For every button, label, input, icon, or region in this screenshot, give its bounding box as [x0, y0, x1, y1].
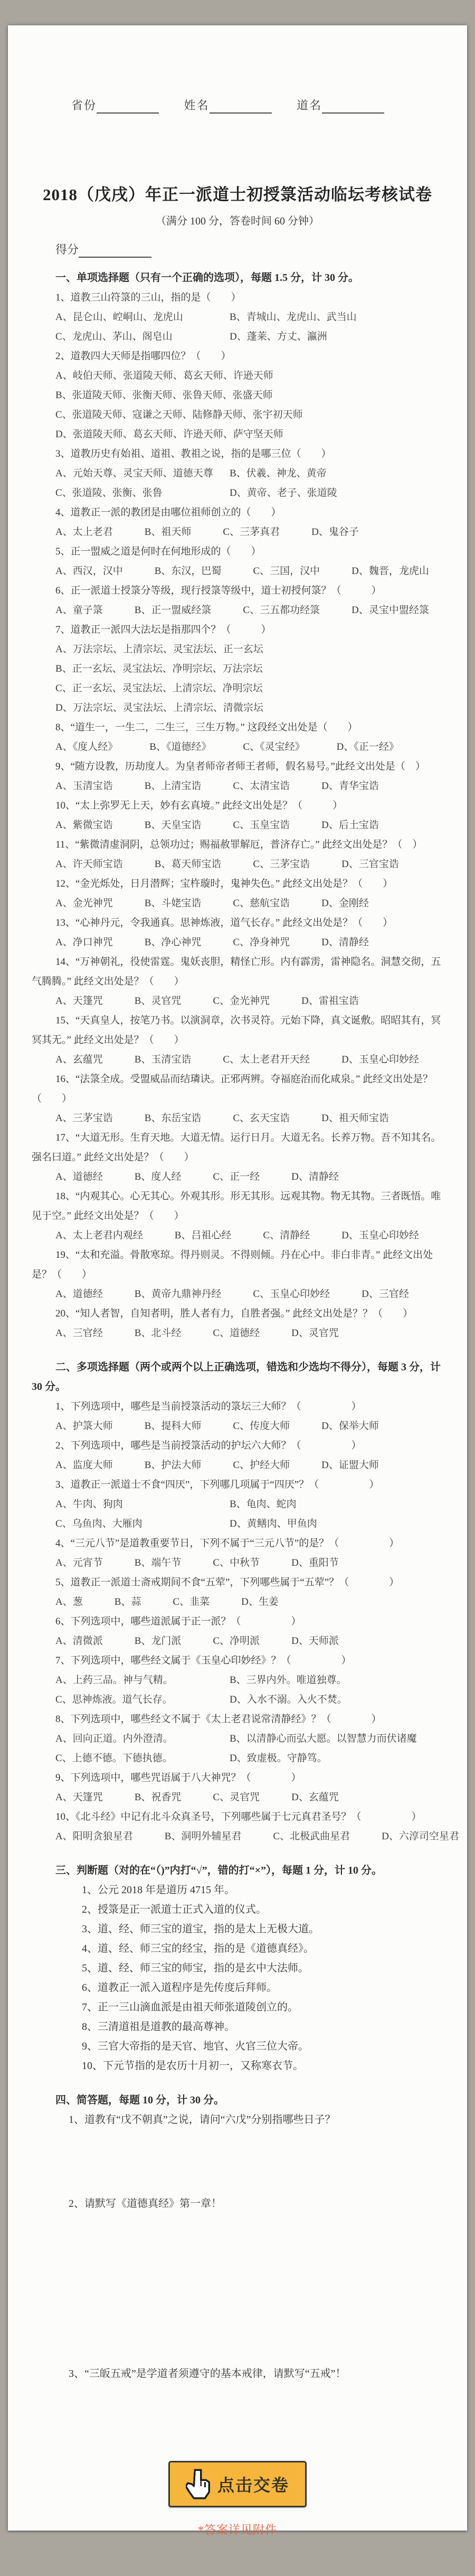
- option: A、童子箓: [55, 600, 103, 620]
- question-stem: 1、下列选项中，哪些是当前授箓活动的箓坛三大师？（ ）: [32, 1397, 443, 1416]
- option: D、《正一经》: [337, 737, 399, 757]
- question: 1、道教三山符箓的三山，指的是（ ）A、昆仑山、崆峒山、龙虎山B、青城山、龙虎山…: [32, 288, 443, 346]
- option: D、入水不溺。入火不焚。: [230, 1690, 347, 1709]
- question-stem: 5、道、经、师三宝的师宝，指的是玄中大法师。: [32, 1959, 443, 1978]
- option: C、上德不德。下德执德。: [55, 1748, 230, 1768]
- question: 18、“内观其心。心无其心。外观其形。形无其形。远观其物。物无其物。三者既悟。唯…: [32, 1187, 443, 1245]
- option: D、证盟大师: [321, 1455, 379, 1475]
- option: D、蓬莱、方丈、瀛洲: [230, 327, 327, 346]
- question: 8、下列选项中，哪些经文不属于《太上老君说常清静经》？（ ）A、回向正道。内外澄…: [32, 1709, 443, 1768]
- option: C、三五都功经箓: [243, 600, 320, 620]
- option-line: A、玉清宝诰B、上清宝诰C、太清宝诰D、青华宝诰: [32, 776, 443, 796]
- option: C、张道陵、张衡、张鲁: [55, 483, 230, 503]
- option: B、吕祖心经: [175, 1226, 232, 1245]
- score-label: 得分: [55, 243, 79, 256]
- section-heading: 二、多项选择题（两个或两个以上正确选项，错选和少选均不得分），每题 3 分，计 …: [32, 1358, 443, 1397]
- question-stem: 8、三清道祖是道教的最高尊神。: [32, 2017, 443, 2037]
- blank-underline: [79, 245, 151, 258]
- option: D、后土宝诰: [321, 815, 379, 835]
- question: 4、道教正一派的教团是由哪位祖师创立的（ ）A、太上老君B、祖天师C、三茅真君D…: [32, 503, 443, 542]
- option-line: A、道德经B、度人经C、正一经D、清静经: [32, 1167, 443, 1187]
- option: D、青华宝诰: [321, 776, 379, 796]
- question-stem: 8、“道生一，一生二，二生三，三生万物。” 这段经文出处是（ ）: [32, 718, 443, 737]
- option: C、北极武曲星君: [273, 1827, 350, 1846]
- option: C、韭菜: [173, 1592, 210, 1612]
- submit-button[interactable]: 点击交卷: [168, 2461, 307, 2507]
- option: A、阳明贪狼星君: [55, 1827, 133, 1846]
- question: 3、“三皈五戒”是学道者须遵守的基本戒律，请默写“五戒”！: [32, 2364, 443, 2384]
- option-line: A、三官经B、北斗经C、道德经D、灵官咒: [32, 1323, 443, 1343]
- option: D、保举大师: [321, 1416, 379, 1436]
- question: 5、道、经、师三宝的师宝，指的是玄中大法师。: [32, 1959, 443, 1978]
- question: 10、《北斗经》中记有北斗众真圣号，下列哪些属于七元真君圣号？（ ）A、阳明贪狼…: [32, 1807, 443, 1846]
- option: A、元宵节: [55, 1553, 103, 1573]
- option-line: A、西汉，汉中B、东汉，巴蜀C、三国，汉中D、魏晋，龙虎山: [32, 561, 443, 581]
- option-line: A、许天师宝诰B、葛天师宝诰C、三茅宝诰D、三官宝诰: [32, 854, 443, 874]
- question: 2、道教四大天师是指哪四位？（ ）A、岐伯天师、张道陵天师、葛玄天师、许逊天师B…: [32, 346, 443, 444]
- option: B、东岳宝诰: [145, 1108, 202, 1128]
- taoist-name-field: 道名: [297, 98, 384, 114]
- option: C、张道陵天师、寇谦之天师、陆修静天师、张宇初天师: [55, 405, 303, 425]
- option-line: A、太上老君内观经B、吕祖心经C、清静经D、玉皇心印妙经: [32, 1226, 443, 1245]
- question: 7、正一三山滴血派是由祖天师张道陵创立的。: [32, 1998, 443, 2017]
- option: D、三官经: [362, 1284, 409, 1304]
- question: 6、下列选项中，哪些道派属于正一派？（ ）A、清微派B、龙门派C、净明派D、天师…: [32, 1612, 443, 1651]
- option: D、三官宝诰: [341, 854, 399, 874]
- option-line: D、万法宗坛、灵宝法坛、上清宗坛、清微宗坛: [32, 698, 443, 718]
- option-line: C、思神炼液。道气长存。D、入水不溺。入火不焚。: [32, 1690, 443, 1709]
- question: 17、“大道无形。生育天地。大道无情。运行日月。大道无名。长养万物。吾不知其名。…: [32, 1128, 443, 1187]
- question-stem: 18、“内观其心。心无其心。外观其形。形无其形。远观其物。物无其物。三者既悟。唯…: [32, 1187, 443, 1226]
- question-stem: 14、“万神朝礼，役使雷霆。鬼妖丧胆，精怪亡形。内有霹雳，雷神隐名。洞慧交彻，五…: [32, 952, 443, 991]
- exam-title: 2018（戊戌）年正一派道士初授箓活动临坛考核试卷: [32, 183, 443, 206]
- question-stem: 5、正一盟威之道是何时在何地形成的（ ）: [32, 542, 443, 561]
- question-stem: 3、“三皈五戒”是学道者须遵守的基本戒律，请默写“五戒”！: [32, 2364, 443, 2384]
- option: C、道德经: [213, 1323, 260, 1343]
- option-line: A、岐伯天师、张道陵天师、葛玄天师、许逊天师: [32, 366, 443, 386]
- question: 13、“心神丹元，令我通真。思神炼液，道气长存。” 此经文出处是？（ ）A、净口…: [32, 913, 443, 952]
- question: 9、下列选项中，哪些咒语属于八大神咒？（ ）A、天篷咒B、祝香咒C、灵官咒D、玄…: [32, 1768, 443, 1807]
- question-list: 1、道教三山符箓的三山，指的是（ ）A、昆仑山、崆峒山、龙虎山B、青城山、龙虎山…: [32, 288, 443, 1343]
- option-line: A、太上老君B、祖天师C、三茅真君D、鬼谷子: [32, 522, 443, 542]
- option: A、岐伯天师、张道陵天师、葛玄天师、许逊天师: [55, 366, 273, 386]
- option: C、净明派: [213, 1631, 260, 1651]
- option-line: A、《度人经》B、《道德经》C、《灵宝经》D、《正一经》: [32, 737, 443, 757]
- option: B、葛天师宝诰: [155, 854, 222, 874]
- question: 2、请默写《道德真经》第一章！: [32, 2194, 443, 2214]
- option: D、天师派: [291, 1631, 339, 1651]
- section-heading: 一、单项选择题（只有一个正确的选项），每题 1.5 分，计 30 分。: [32, 268, 443, 288]
- question: 2、下列选项中，哪些是当前授箓活动的护坛六大师？（ ）A、监度大师B、护法大师C…: [32, 1436, 443, 1475]
- option: B、正一玄坛、灵宝法坛、净明宗坛、万法宗坛: [55, 659, 263, 679]
- question: 3、道、经、师三宝的道宝，指的是太上无极大道。: [32, 1920, 443, 1939]
- option: C、思神炼液。道气长存。: [55, 1690, 230, 1709]
- question-stem: 13、“心神丹元，令我通真。思神炼液，道气长存。” 此经文出处是？（ ）: [32, 913, 443, 933]
- option: A、清微派: [55, 1631, 103, 1651]
- option: D、重阳节: [291, 1553, 339, 1573]
- option: B、龟肉、蛇肉: [230, 1494, 297, 1514]
- name-field: 姓名: [184, 98, 272, 114]
- question-stem: 17、“大道无形。生育天地。大道无情。运行日月。大道无名。长养万物。吾不知其名。…: [32, 1128, 443, 1167]
- option-line: A、监度大师B、护法大师C、护经大师D、证盟大师: [32, 1455, 443, 1475]
- question-stem: 2、下列选项中，哪些是当前授箓活动的护坛六大师？（ ）: [32, 1436, 443, 1455]
- question: 8、三清道祖是道教的最高尊神。: [32, 2017, 443, 2037]
- question-stem: 6、正一派道士授箓分等级，现行授箓等级中，道士初授何箓？（ ）: [32, 581, 443, 600]
- question: 20、“知人者智，自知者明，胜人者有力，自胜者强。” 此经文出处是？？（ ）A、…: [32, 1304, 443, 1343]
- option: A、天篷咒: [55, 1788, 103, 1807]
- option-line: A、上药三品。神与气精。B、三界内外。唯道独尊。: [32, 1670, 443, 1690]
- option: C、乌鱼肉、大雁肉: [55, 1514, 230, 1534]
- question-stem: 7、下列选项中，哪些经文属于《玉皇心印妙经》？（ ）: [32, 1651, 443, 1670]
- question-stem: 4、“三元八节”是道教重要节日，下列不属于“三元八节”的是？（ ）: [32, 1534, 443, 1553]
- option-line: A、紫微宝诰B、天皇宝诰C、玉皇宝诰D、后土宝诰: [32, 815, 443, 835]
- question-stem: 9、“随方设教，历劫度人。为皇者师帝者师王者师，假名易号。”此经文出处是（ ）: [32, 757, 443, 776]
- option-line: A、元宵节B、端午节C、中秋节D、重阳节: [32, 1553, 443, 1573]
- option: B、度人经: [135, 1167, 182, 1187]
- option: A、玄蕴咒: [55, 1050, 103, 1069]
- option-line: A、葱B、蒜C、韭菜D、生姜: [32, 1592, 443, 1612]
- option: D、玉皇心印妙经: [341, 1226, 419, 1245]
- question-stem: 7、道教正一派四大法坛是指那四个？（ ）: [32, 620, 443, 640]
- option: B、蒜: [115, 1592, 141, 1612]
- option-line: C、龙虎山、茅山、阁皂山D、蓬莱、方丈、瀛洲: [32, 327, 443, 346]
- option: C、传度大师: [233, 1416, 290, 1436]
- option: A、《度人经》: [55, 737, 118, 757]
- option: D、魏晋，龙虎山: [351, 561, 429, 581]
- option: B、东汉，巴蜀: [155, 561, 222, 581]
- question: 5、道教正一派道士斋戒期间不食“五荤”，下列哪些属于“五荤”？（ ）A、葱B、蒜…: [32, 1573, 443, 1612]
- option-line: A、牛肉、狗肉B、龟肉、蛇肉: [32, 1494, 443, 1514]
- option: A、紫微宝诰: [55, 815, 113, 835]
- option: C、玄天宝诰: [233, 1108, 290, 1128]
- question: 6、道教正一派入道程序是先传度后拜师。: [32, 1978, 443, 1998]
- question: 10、下元节指的是农历十月初一，又称寒衣节。: [32, 2056, 443, 2076]
- answers-note: *答案详见附件: [32, 2521, 443, 2537]
- option: A、牛肉、狗肉: [55, 1494, 230, 1514]
- question: 4、道、经、师三宝的经宝，指的是《道德真经》。: [32, 1939, 443, 1959]
- question-stem: 1、公元 2018 年是道历 4715 年。: [32, 1881, 443, 1900]
- option: A、金光神咒: [55, 894, 113, 913]
- option: C、玉皇宝诰: [233, 815, 290, 835]
- option: B、斗姥宝诰: [145, 894, 202, 913]
- question-stem: 20、“知人者智，自知者明，胜人者有力，自胜者强。” 此经文出处是？？（ ）: [32, 1304, 443, 1323]
- option: C、三茅宝诰: [253, 854, 310, 874]
- question-stem: 4、道、经、师三宝的经宝，指的是《道德真经》。: [32, 1939, 443, 1959]
- option: B、灵官咒: [135, 991, 182, 1011]
- question: 9、三官大帝指的是天官、地官、火官三位大帝。: [32, 2037, 443, 2056]
- option: C、三茅真君: [223, 522, 280, 542]
- option: A、监度大师: [55, 1455, 113, 1475]
- question: 16、“法箓全成。受盟威品而结璘诀。正邪两辨。夺福庭治而化咸泉。” 此经文出处是…: [32, 1069, 443, 1128]
- option-line: A、清微派B、龙门派C、净明派D、天师派: [32, 1631, 443, 1651]
- option-line: A、阳明贪狼星君B、洞明外辅星君C、北极武曲星君D、六淳司空星君: [32, 1827, 443, 1846]
- option: A、元始天尊、灵宝天师、道德天尊: [55, 464, 230, 483]
- question-stem: 6、下列选项中，哪些道派属于正一派？（ ）: [32, 1612, 443, 1631]
- option-line: A、金光神咒B、斗姥宝诰C、慈航宝诰D、金刚经: [32, 894, 443, 913]
- option-line: A、天篷咒B、灵官咒C、金光神咒D、雷祖宝诰: [32, 991, 443, 1011]
- blank-underline: [97, 101, 159, 114]
- blank-underline: [210, 101, 272, 114]
- hand-cursor-icon: [186, 2469, 210, 2499]
- option-line: A、三茅宝诰B、东岳宝诰C、玄天宝诰D、祖天师宝诰: [32, 1108, 443, 1128]
- question-stem: 2、授箓是正一派道士正式入道的仪式。: [32, 1900, 443, 1920]
- question-list: 1、公元 2018 年是道历 4715 年。2、授箓是正一派道士正式入道的仪式。…: [32, 1881, 443, 2076]
- question: 2、授箓是正一派道士正式入道的仪式。: [32, 1900, 443, 1920]
- submit-button-label: 点击交卷: [217, 2472, 289, 2496]
- question: 19、“太和充溢。骨散寒琼。得丹则灵。不得则倾。丹在心中。非白非青。” 此经文出…: [32, 1245, 443, 1304]
- option: B、祝香咒: [135, 1788, 182, 1807]
- option: D、黄鳝肉、甲鱼肉: [230, 1514, 317, 1534]
- option: A、三茅宝诰: [55, 1108, 113, 1128]
- question-stem: 15、“天真皇人，按笔乃书。以演洞章，次书灵符。元始下降，真文诞敷。昭昭其有，冥…: [32, 1011, 443, 1050]
- option: B、玉清宝诰: [135, 1050, 192, 1069]
- option: D、清静经: [291, 1167, 339, 1187]
- question-stem: 5、道教正一派道士斋戒期间不食“五荤”，下列哪些属于“五荤”？（ ）: [32, 1573, 443, 1592]
- option: A、三官经: [55, 1323, 103, 1343]
- option: B、以清静心而弘大愿。以智慧力而伏诸魔: [230, 1729, 417, 1748]
- question-stem: 10、“太上弥罗无上天，妙有玄真境。” 此经文出处是？（ ）: [32, 796, 443, 815]
- question: 7、道教正一派四大法坛是指那四个？（ ）A、万法宗坛、上清宗坛、灵宝法坛、正一玄…: [32, 620, 443, 718]
- option: C、龙虎山、茅山、阁皂山: [55, 327, 230, 346]
- section-heading: 三、判断题（对的在“（)”内打“√”，错的打“×”），每题 1 分，计 10 分…: [32, 1861, 443, 1881]
- option-line: C、张道陵天师、寇谦之天师、陆修静天师、张宇初天师: [32, 405, 443, 425]
- blank-underline: [322, 101, 384, 114]
- option: B、提科大师: [145, 1416, 202, 1436]
- option: C、三国，汉中: [253, 561, 320, 581]
- option: C、太上老君开天经: [223, 1050, 310, 1069]
- option: B、伏羲、神龙、黄帝: [230, 464, 327, 483]
- question-stem: 3、道教历史有始祖、道祖、教祖之说，指的是哪三位（ ）: [32, 444, 443, 464]
- province-field: 省份: [71, 98, 159, 114]
- option: B、洞明外辅星君: [165, 1827, 242, 1846]
- option: C、清静经: [263, 1226, 310, 1245]
- question-stem: 10、下元节指的是农历十月初一，又称寒衣节。: [32, 2056, 443, 2076]
- question-stem: 2、请默写《道德真经》第一章！: [32, 2194, 443, 2214]
- option: C、慈航宝诰: [233, 894, 290, 913]
- option-line: A、道德经B、黄帝九鼎神丹经C、玉皇心印妙经D、三官经: [32, 1284, 443, 1304]
- option: B、护法大师: [145, 1455, 202, 1475]
- question: 15、“天真皇人，按笔乃书。以演洞章，次书灵符。元始下降，真文诞敷。昭昭其有，冥…: [32, 1011, 443, 1069]
- option: D、六淳司空星君: [382, 1827, 459, 1846]
- question-stem: 1、道教三山符箓的三山，指的是（ ）: [32, 288, 443, 307]
- question: 1、下列选项中，哪些是当前授箓活动的箓坛三大师？（ ）A、护箓大师B、提科大师C…: [32, 1397, 443, 1436]
- option-line: B、正一玄坛、灵宝法坛、净明宗坛、万法宗坛: [32, 659, 443, 679]
- option: D、生姜: [241, 1592, 279, 1612]
- question-list: 1、道教有“戊不朝真”之说，请问“六戊”分别指哪些日子？2、请默写《道德真经》第…: [32, 2110, 443, 2384]
- option: B、黄帝九鼎神丹经: [135, 1284, 222, 1304]
- option: D、张道陵天师、葛玄天师、许逊天师、萨守坚天师: [55, 425, 283, 444]
- question: 3、道教正一派道士不食“四厌”，下列哪几项属于“四厌”？（ ）A、牛肉、狗肉B、…: [32, 1475, 443, 1534]
- option-line: A、护箓大师B、提科大师C、传度大师D、保举大师: [32, 1416, 443, 1436]
- option: C、玉皇心印妙经: [253, 1284, 330, 1304]
- option: D、灵官咒: [291, 1323, 339, 1343]
- exam-subtitle: （满分 100 分，答卷时间 60 分钟）: [32, 213, 443, 229]
- option: B、北斗经: [135, 1323, 182, 1343]
- option-line: A、昆仑山、崆峒山、龙虎山B、青城山、龙虎山、武当山: [32, 307, 443, 327]
- section-4: 四、简答题，每题 10 分，计 30 分。1、道教有“戊不朝真”之说，请问“六戊…: [32, 2091, 443, 2384]
- option: A、葱: [55, 1592, 83, 1612]
- question-stem: 9、三官大帝指的是天官、地官、火官三位大帝。: [32, 2037, 443, 2056]
- section-heading: 四、简答题，每题 10 分，计 30 分。: [32, 2091, 443, 2110]
- option: B、端午节: [135, 1553, 182, 1573]
- option: A、回向正道。内外澄清。: [55, 1729, 230, 1748]
- option: A、上药三品。神与气精。: [55, 1670, 230, 1690]
- question: 14、“万神朝礼，役使雷霆。鬼妖丧胆，精怪亡形。内有霹雳，雷神隐名。洞慧交彻，五…: [32, 952, 443, 1011]
- option-line: D、张道陵天师、葛玄天师、许逊天师、萨守坚天师: [32, 425, 443, 444]
- section-2: 二、多项选择题（两个或两个以上正确选项，错选和少选均不得分），每题 3 分，计 …: [32, 1358, 443, 1846]
- question-list: 1、下列选项中，哪些是当前授箓活动的箓坛三大师？（ ）A、护箓大师B、提科大师C…: [32, 1397, 443, 1846]
- option: D、清静经: [321, 933, 369, 952]
- question-stem: 3、道教正一派道士不食“四厌”，下列哪几项属于“四厌”？（ ）: [32, 1475, 443, 1494]
- option: B、净心神咒: [145, 933, 202, 952]
- option: D、灵宝中盟经箓: [351, 600, 429, 620]
- option: A、净口神咒: [55, 933, 113, 952]
- section-3: 三、判断题（对的在“（)”内打“√”，错的打“×”），每题 1 分，计 10 分…: [32, 1861, 443, 2076]
- question-stem: 6、道教正一派入道程序是先传度后拜师。: [32, 1978, 443, 1998]
- option: C、正一玄坛、灵宝法坛、上清宗坛、净明宗坛: [55, 679, 263, 698]
- option: C、护经大师: [233, 1455, 290, 1475]
- option: B、青城山、龙虎山、武当山: [230, 307, 357, 327]
- taoist-name-label: 道名: [297, 99, 322, 112]
- option: A、西汉，汉中: [55, 561, 123, 581]
- exam-paper-page: 省份 姓名 道名 2018（戊戌）年正一派道士初授箓活动临坛考核试卷 （满分 1…: [8, 25, 467, 2531]
- option: A、天篷咒: [55, 991, 103, 1011]
- question: 9、“随方设教，历劫度人。为皇者师帝者师王者师，假名易号。”此经文出处是（ ）A…: [32, 757, 443, 796]
- option: C、净身神咒: [233, 933, 290, 952]
- question-stem: 9、下列选项中，哪些咒语属于八大神咒？（ ）: [32, 1768, 443, 1788]
- option-line: A、回向正道。内外澄清。B、以清静心而弘大愿。以智慧力而伏诸魔: [32, 1729, 443, 1748]
- province-label: 省份: [71, 99, 97, 112]
- option: B、正一盟威经箓: [135, 600, 212, 620]
- scanned-exam-screenshot: 省份 姓名 道名 2018（戊戌）年正一派道士初授箓活动临坛考核试卷 （满分 1…: [0, 0, 475, 2576]
- question: 6、正一派道士授箓分等级，现行授箓等级中，道士初授何箓？（ ）A、童子箓B、正一…: [32, 581, 443, 620]
- sections: 一、单项选择题（只有一个正确的选项），每题 1.5 分，计 30 分。1、道教三…: [32, 268, 443, 2384]
- option: C、中秋节: [213, 1553, 260, 1573]
- option: B、上清宝诰: [145, 776, 202, 796]
- option: A、道德经: [55, 1284, 103, 1304]
- option: A、护箓大师: [55, 1416, 113, 1436]
- option: C、太清宝诰: [233, 776, 290, 796]
- option: A、许天师宝诰: [55, 854, 123, 874]
- option-line: C、上德不德。下德执德。D、致虚极。守静笃。: [32, 1748, 443, 1768]
- option: A、万法宗坛、上清宗坛、灵宝法坛、正一玄坛: [55, 640, 263, 659]
- option-line: A、万法宗坛、上清宗坛、灵宝法坛、正一玄坛: [32, 640, 443, 659]
- question-stem: 8、下列选项中，哪些经文不属于《太上老君说常清静经》？（ ）: [32, 1709, 443, 1729]
- option: A、昆仑山、崆峒山、龙虎山: [55, 307, 230, 327]
- question-stem: 7、正一三山滴血派是由祖天师张道陵创立的。: [32, 1998, 443, 2017]
- option: D、鬼谷子: [311, 522, 359, 542]
- option: D、黄帝、老子、张道陵: [230, 483, 337, 503]
- question-stem: 19、“太和充溢。骨散寒琼。得丹则灵。不得则倾。丹在心中。非白非青。” 此经文出…: [32, 1245, 443, 1284]
- question-stem: 4、道教正一派的教团是由哪位祖师创立的（ ）: [32, 503, 443, 522]
- option: D、玄蕴咒: [291, 1788, 339, 1807]
- option: C、金光神咒: [213, 991, 270, 1011]
- question: 1、公元 2018 年是道历 4715 年。: [32, 1881, 443, 1900]
- question: 3、道教历史有始祖、道祖、教祖之说，指的是哪三位（ ）A、元始天尊、灵宝天师、道…: [32, 444, 443, 503]
- option: D、玉皇心印妙经: [341, 1050, 419, 1069]
- question: 4、“三元八节”是道教重要节日，下列不属于“三元八节”的是？（ ）A、元宵节B、…: [32, 1534, 443, 1573]
- question: 11、“紫微清虚洞阴，总领功过；赐福赦罪解厄，普济存亡。” 此经文出处是？（ ）…: [32, 835, 443, 874]
- footer: 点击交卷 *答案详见附件: [32, 2461, 443, 2537]
- section-1: 一、单项选择题（只有一个正确的选项），每题 1.5 分，计 30 分。1、道教三…: [32, 268, 443, 1343]
- question-stem: 12、“金光烁处，日月潜辉；宝杵璇时，鬼神失色。” 此经文出处是？（ ）: [32, 874, 443, 894]
- option: B、三界内外。唯道独尊。: [230, 1670, 347, 1690]
- option: A、太上老君: [55, 522, 113, 542]
- option-line: B、张道陵天师、张衡天师、张鲁天师、张盛天师: [32, 386, 443, 405]
- question: 8、“道生一，一生二，二生三，三生万物。” 这段经文出处是（ ）A、《度人经》B…: [32, 718, 443, 757]
- option: B、天皇宝诰: [145, 815, 202, 835]
- question: 5、正一盟威之道是何时在何地形成的（ ）A、西汉，汉中B、东汉，巴蜀C、三国，汉…: [32, 542, 443, 581]
- option-line: A、童子箓B、正一盟威经箓C、三五都功经箓D、灵宝中盟经箓: [32, 600, 443, 620]
- question: 12、“金光烁处，日月潜辉；宝杵璇时，鬼神失色。” 此经文出处是？（ ）A、金光…: [32, 874, 443, 913]
- option: D、雷祖宝诰: [301, 991, 359, 1011]
- question-stem: 10、《北斗经》中记有北斗众真圣号，下列哪些属于七元真君圣号？（ ）: [32, 1807, 443, 1827]
- option: B、祖天师: [145, 522, 192, 542]
- option-line: C、正一玄坛、灵宝法坛、上清宗坛、净明宗坛: [32, 679, 443, 698]
- question-stem: 11、“紫微清虚洞阴，总领功过；赐福赦罪解厄，普济存亡。” 此经文出处是？（ ）: [32, 835, 443, 854]
- question-stem: 1、道教有“戊不朝真”之说，请问“六戊”分别指哪些日子？: [32, 2110, 443, 2130]
- question-stem: 2、道教四大天师是指哪四位？（ ）: [32, 346, 443, 366]
- option-line: C、张道陵、张衡、张鲁D、黄帝、老子、张道陵: [32, 483, 443, 503]
- question: 10、“太上弥罗无上天，妙有玄真境。” 此经文出处是？（ ）A、紫微宝诰B、天皇…: [32, 796, 443, 835]
- option: D、致虚极。守静笃。: [230, 1748, 327, 1768]
- option: A、玉清宝诰: [55, 776, 113, 796]
- question: 7、下列选项中，哪些经文属于《玉皇心印妙经》？（ ）A、上药三品。神与气精。B、…: [32, 1651, 443, 1709]
- option: B、《道德经》: [149, 737, 211, 757]
- option-line: A、元始天尊、灵宝天师、道德天尊B、伏羲、神龙、黄帝: [32, 464, 443, 483]
- option-line: C、乌鱼肉、大雁肉D、黄鳝肉、甲鱼肉: [32, 1514, 443, 1534]
- question-stem: 3、道、经、师三宝的道宝，指的是太上无极大道。: [32, 1920, 443, 1939]
- option: C、正一经: [213, 1167, 260, 1187]
- name-label: 姓名: [184, 99, 210, 112]
- option: A、太上老君内观经: [55, 1226, 143, 1245]
- question-stem: 16、“法箓全成。受盟威品而结璘诀。正邪两辨。夺福庭治而化咸泉。” 此经文出处是…: [32, 1069, 443, 1108]
- option: C、《灵宝经》: [243, 737, 305, 757]
- option: B、龙门派: [135, 1631, 182, 1651]
- option-line: A、净口神咒B、净心神咒C、净身神咒D、清静经: [32, 933, 443, 952]
- option: D、万法宗坛、灵宝法坛、上清宗坛、清微宗坛: [55, 698, 263, 718]
- option: A、道德经: [55, 1167, 103, 1187]
- question: 1、道教有“戊不朝真”之说，请问“六戊”分别指哪些日子？: [32, 2110, 443, 2130]
- option: B、张道陵天师、张衡天师、张鲁天师、张盛天师: [55, 386, 273, 405]
- option-line: A、玄蕴咒B、玉清宝诰C、太上老君开天经D、玉皇心印妙经: [32, 1050, 443, 1069]
- option: D、金刚经: [321, 894, 369, 913]
- option: C、灵官咒: [213, 1788, 260, 1807]
- registration-fields: 省份 姓名 道名: [32, 98, 443, 114]
- option-line: A、天篷咒B、祝香咒C、灵官咒D、玄蕴咒: [32, 1788, 443, 1807]
- score-line: 得分: [32, 242, 443, 258]
- option: D、祖天师宝诰: [321, 1108, 389, 1128]
